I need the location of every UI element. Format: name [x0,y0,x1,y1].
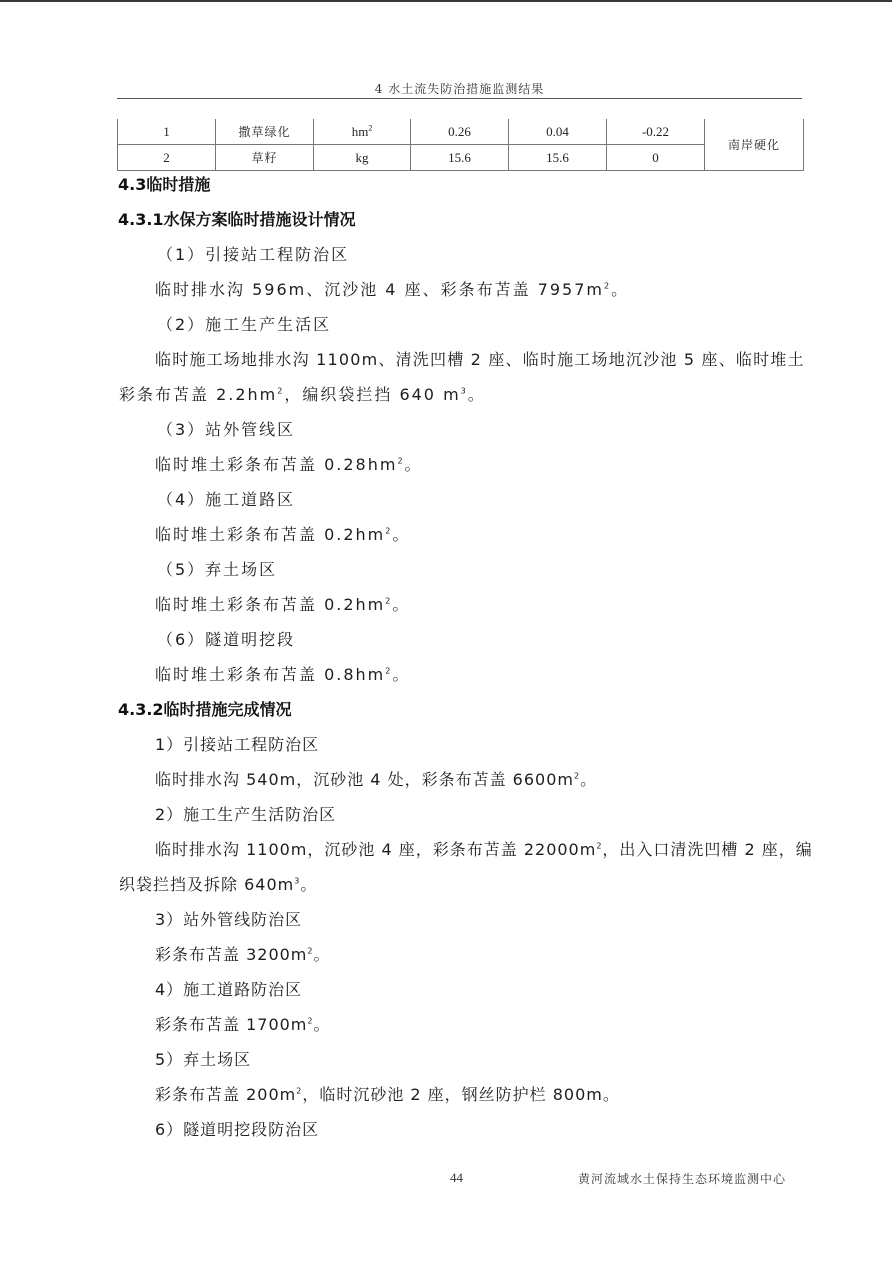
cell-planned: 15.6 [411,145,509,171]
page-number: 44 [450,1170,463,1186]
cell-unit: hm2 [314,119,411,145]
design-item-text: 临时排水沟 596m、沉沙池 4 座、彩条布苫盖 7957m2。 [155,280,629,300]
design-item-label: （1）引接站工程防治区 [157,245,349,265]
completed-item-text: 临时排水沟 1100m，沉砂池 4 座，彩条布苫盖 22000m2，出入口清洗凹… [155,840,813,860]
completed-item-label: 5）弃土场区 [155,1050,251,1070]
page-top-edge [0,0,892,2]
design-item-text-cont: 彩条布苫盖 2.2hm2，编织袋拦挡 640 m3。 [119,385,486,405]
design-item-text: 临时堆土彩条布苫盖 0.28hm2。 [155,455,423,475]
design-item-text: 临时施工场地排水沟 1100m、清洗凹槽 2 座、临时施工场地沉沙池 5 座、临… [155,350,805,370]
completed-item-text: 临时排水沟 540m，沉砂池 4 处，彩条布苫盖 6600m2。 [155,770,597,790]
cell-unit: kg [314,145,411,171]
cell-no: 1 [118,119,216,145]
design-item-label: （5）弃土场区 [157,560,277,580]
completed-item-label: 4）施工道路防治区 [155,980,302,1000]
design-item-label: （3）站外管线区 [157,420,295,440]
unit-sup: 2 [368,123,372,132]
cell-actual: 0.04 [509,119,607,145]
cell-name: 撒草绿化 [216,119,314,145]
completed-item-text-cont: 织袋拦挡及拆除 640m3。 [119,875,317,895]
design-item-text: 临时堆土彩条布苫盖 0.8hm2。 [155,665,410,685]
completed-item-text: 彩条布苫盖 3200m2。 [155,945,331,965]
cell-change: -0.22 [607,119,705,145]
completed-item-label: 1）引接站工程防治区 [155,735,319,755]
heading-4-3-1: 4.3.1水保方案临时措施设计情况 [118,210,356,230]
table-row: 1 撒草绿化 hm2 0.26 0.04 -0.22 南岸硬化 [118,119,804,145]
heading-4-3-2: 4.3.2临时措施完成情况 [118,700,292,720]
running-header: 4 水土流失防治措施监测结果 [117,80,802,97]
design-item-label: （4）施工道路区 [157,490,295,510]
cell-no: 2 [118,145,216,171]
cell-planned: 0.26 [411,119,509,145]
cell-actual: 15.6 [509,145,607,171]
design-item-text: 临时堆土彩条布苫盖 0.2hm2。 [155,595,410,615]
cell-change: 0 [607,145,705,171]
completed-item-label: 6）隧道明挖段防治区 [155,1120,319,1140]
cell-remark: 南岸硬化 [705,119,804,171]
completed-item-text: 彩条布苫盖 1700m2。 [155,1015,331,1035]
design-item-text: 临时堆土彩条布苫盖 0.2hm2。 [155,525,410,545]
header-rule [117,98,802,99]
measures-table: 1 撒草绿化 hm2 0.26 0.04 -0.22 南岸硬化 2 草籽 kg … [117,119,804,171]
completed-item-text: 彩条布苫盖 200m2，临时沉砂池 2 座，钢丝防护栏 800m。 [155,1085,620,1105]
completed-item-label: 3）站外管线防治区 [155,910,302,930]
heading-4-3: 4.3临时措施 [118,175,210,195]
completed-item-label: 2）施工生产生活防治区 [155,805,336,825]
design-item-label: （2）施工生产生活区 [157,315,331,335]
design-item-label: （6）隧道明挖段 [157,630,295,650]
footer-organization: 黄河流域水土保持生态环境监测中心 [578,1170,786,1187]
table-row: 2 草籽 kg 15.6 15.6 0 [118,145,804,171]
cell-name: 草籽 [216,145,314,171]
unit-text: hm [352,124,369,139]
